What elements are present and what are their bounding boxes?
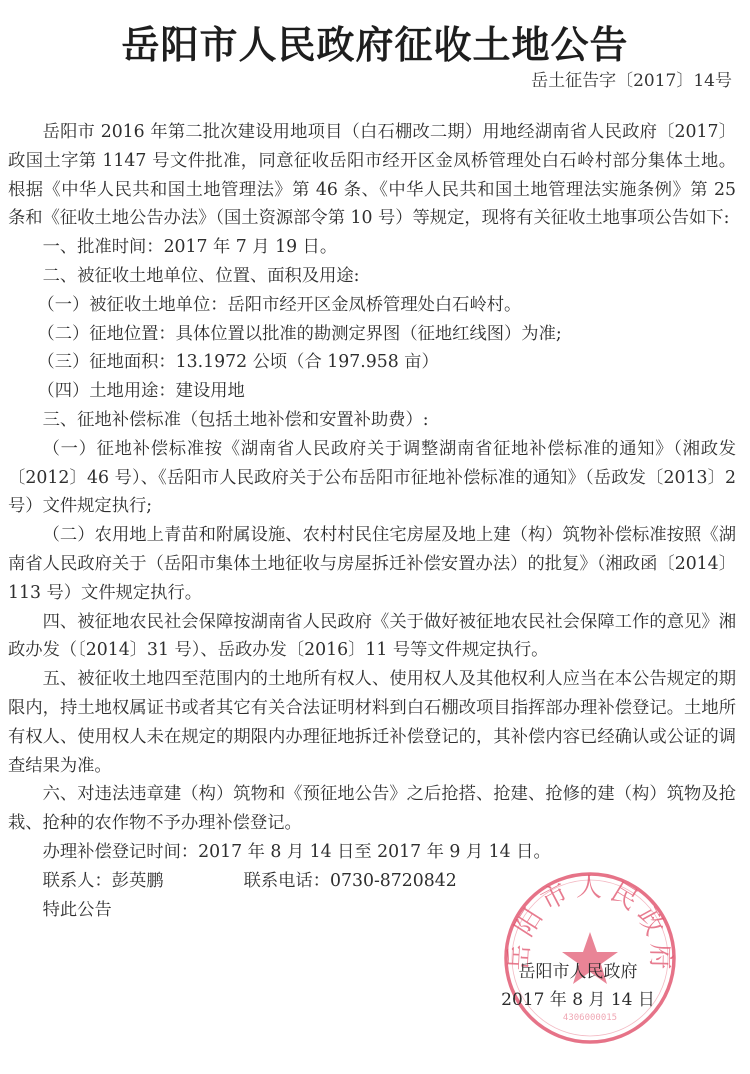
svg-text:4306000015: 4306000015 xyxy=(563,1013,617,1023)
contact-person: 联系人：彭英鹏 xyxy=(43,867,164,896)
signature-date: 2017 年 8 月 14 日 xyxy=(488,986,668,1014)
section-3-heading: 三、征地补偿标准（包括土地补偿和安置补助费）: xyxy=(8,406,736,435)
section-6-exclusions: 六、对违法违章建（构）筑物和《预征地公告》之后抢搭、抢建、抢修的建（构）筑物及抢… xyxy=(8,780,736,838)
section-1-approval-time: 一、批准时间：2017 年 7 月 19 日。 xyxy=(8,233,736,262)
intro-paragraph: 岳阳市 2016 年第二批次建设用地项目（白石棚改二期）用地经湖南省人民政府〔2… xyxy=(8,118,736,233)
section-5-registration: 五、被征收土地四至范围内的土地所有权人、使用权人及其他权利人应当在本公告规定的期… xyxy=(8,665,736,780)
signature-block: 岳阳市人民政府 2017 年 8 月 14 日 xyxy=(488,958,668,1014)
section-2-1-unit: （一）被征收土地单位：岳阳市经开区金凤桥管理处白石岭村。 xyxy=(8,291,736,320)
section-3-1-standard: （一）征地补偿标准按《湖南省人民政府关于调整湖南省征地补偿标准的通知》（湘政发〔… xyxy=(8,435,736,521)
contact-phone: 联系电话：0730-8720842 xyxy=(244,867,457,896)
signature-issuer: 岳阳市人民政府 xyxy=(488,958,668,986)
section-2-2-location: （二）征地位置：具体位置以批准的勘测定界图（征地红线图）为准; xyxy=(8,320,736,349)
document-body: 岳阳市 2016 年第二批次建设用地项目（白石棚改二期）用地经湖南省人民政府〔2… xyxy=(8,118,736,924)
section-2-4-usage: （四）土地用途：建设用地 xyxy=(8,377,736,406)
section-4-social-security: 四、被征地农民社会保障按湖南省人民政府《关于做好被征地农民社会保障工作的意见》湘… xyxy=(8,608,736,666)
registration-period: 办理补偿登记时间：2017 年 8 月 14 日至 2017 年 9 月 14 … xyxy=(8,838,736,867)
section-2-heading: 二、被征收土地单位、位置、面积及用途: xyxy=(8,262,736,291)
section-3-2-standard: （二）农用地上青苗和附属设施、农村村民住宅房屋及地上建（构）筑物补偿标准按照《湖… xyxy=(8,521,736,607)
document-number: 岳土征告字〔2017〕14号 xyxy=(531,66,732,91)
section-2-3-area: （三）征地面积：13.1972 公顷（合 197.958 亩） xyxy=(8,348,736,377)
document-title: 岳阳市人民政府征收土地公告 xyxy=(0,14,750,69)
